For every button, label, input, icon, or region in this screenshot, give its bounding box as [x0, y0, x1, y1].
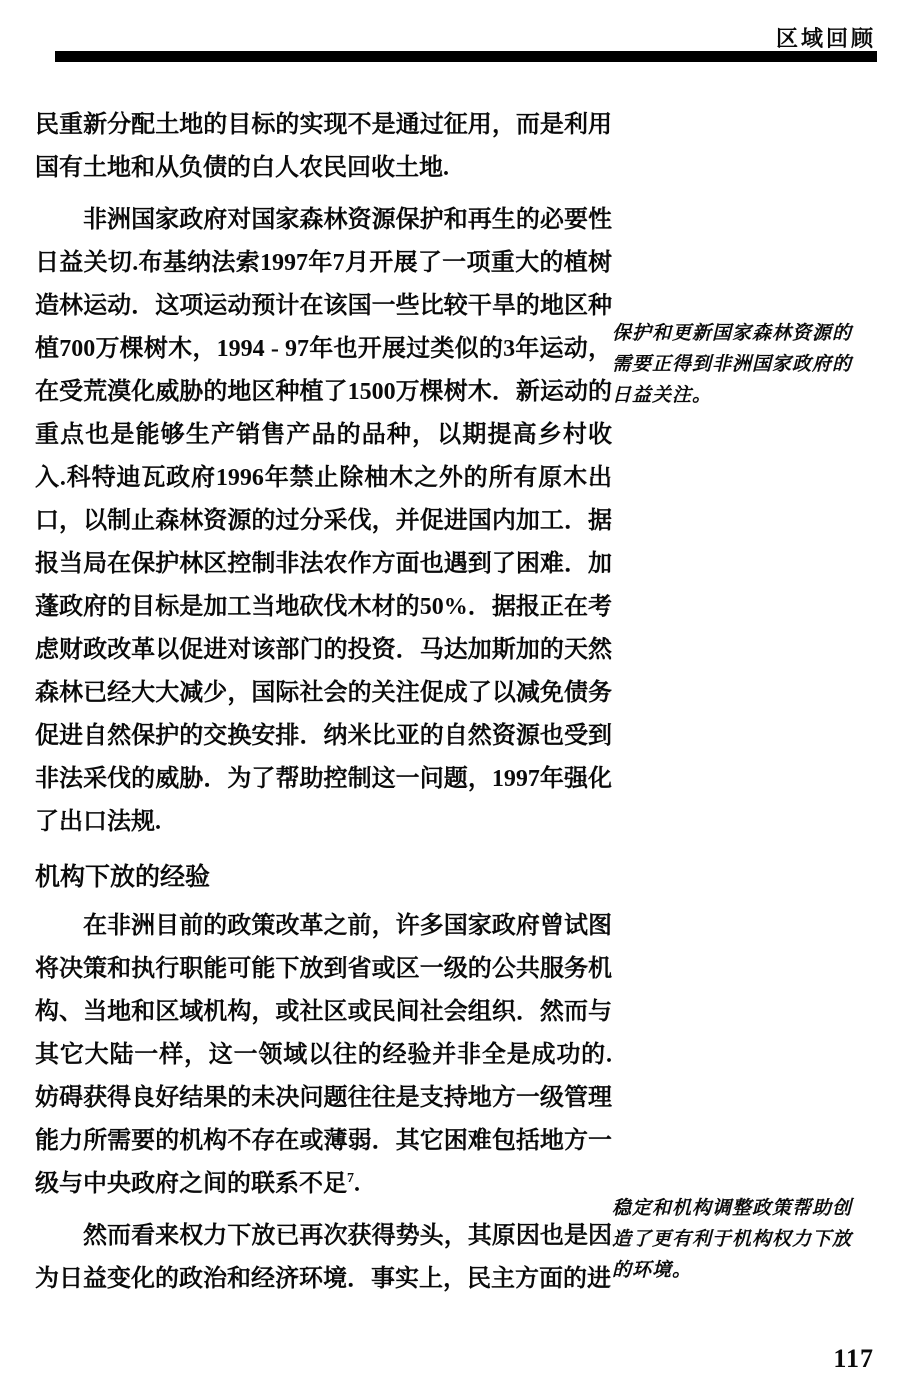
- page-number: 117: [833, 1344, 874, 1374]
- footnote-marker-7: 7: [347, 1171, 354, 1186]
- main-text-column: 民重新分配土地的目标的实现不是通过征用，而是利用国有土地和从负债的白人农民回收土…: [35, 104, 612, 1310]
- paragraph-decentralization-experience: 在非洲目前的政策改革之前，许多国家政府曾试图将决策和执行职能可能下放到省或区一级…: [35, 905, 612, 1206]
- header-rule: [55, 51, 877, 62]
- section-heading-decentralization: 机构下放的经验: [35, 856, 612, 899]
- paragraph-decentralization-momentum: 然而看来权力下放已再次获得势头，其原因也是因为日益变化的政治和经济环境．事实上，…: [35, 1215, 612, 1301]
- paragraph-text: 在非洲目前的政策改革之前，许多国家政府曾试图将决策和执行职能可能下放到省或区一级…: [35, 913, 612, 1197]
- paragraph-land-redistribution: 民重新分配土地的目标的实现不是通过征用，而是利用国有土地和从负债的白人农民回收土…: [35, 104, 612, 190]
- running-header: 区域回顾: [776, 22, 876, 53]
- document-page: 区域回顾 民重新分配土地的目标的实现不是通过征用，而是利用国有土地和从负债的白人…: [0, 0, 900, 1400]
- paragraph-forest-protection: 非洲国家政府对国家森林资源保护和再生的必要性日益关切.布基纳法索1997年7月开…: [35, 199, 612, 844]
- page-header-title: 区域回顾: [776, 26, 876, 51]
- paragraph-text-after-footnote: .: [354, 1171, 360, 1197]
- margin-note-adjustment-policies: 稳定和机构调整政策帮助创造了更有利于机构权力下放的环境。: [612, 1193, 870, 1286]
- margin-note-forest-resources: 保护和更新国家森林资源的需要正得到非洲国家政府的日益关注。: [612, 318, 870, 411]
